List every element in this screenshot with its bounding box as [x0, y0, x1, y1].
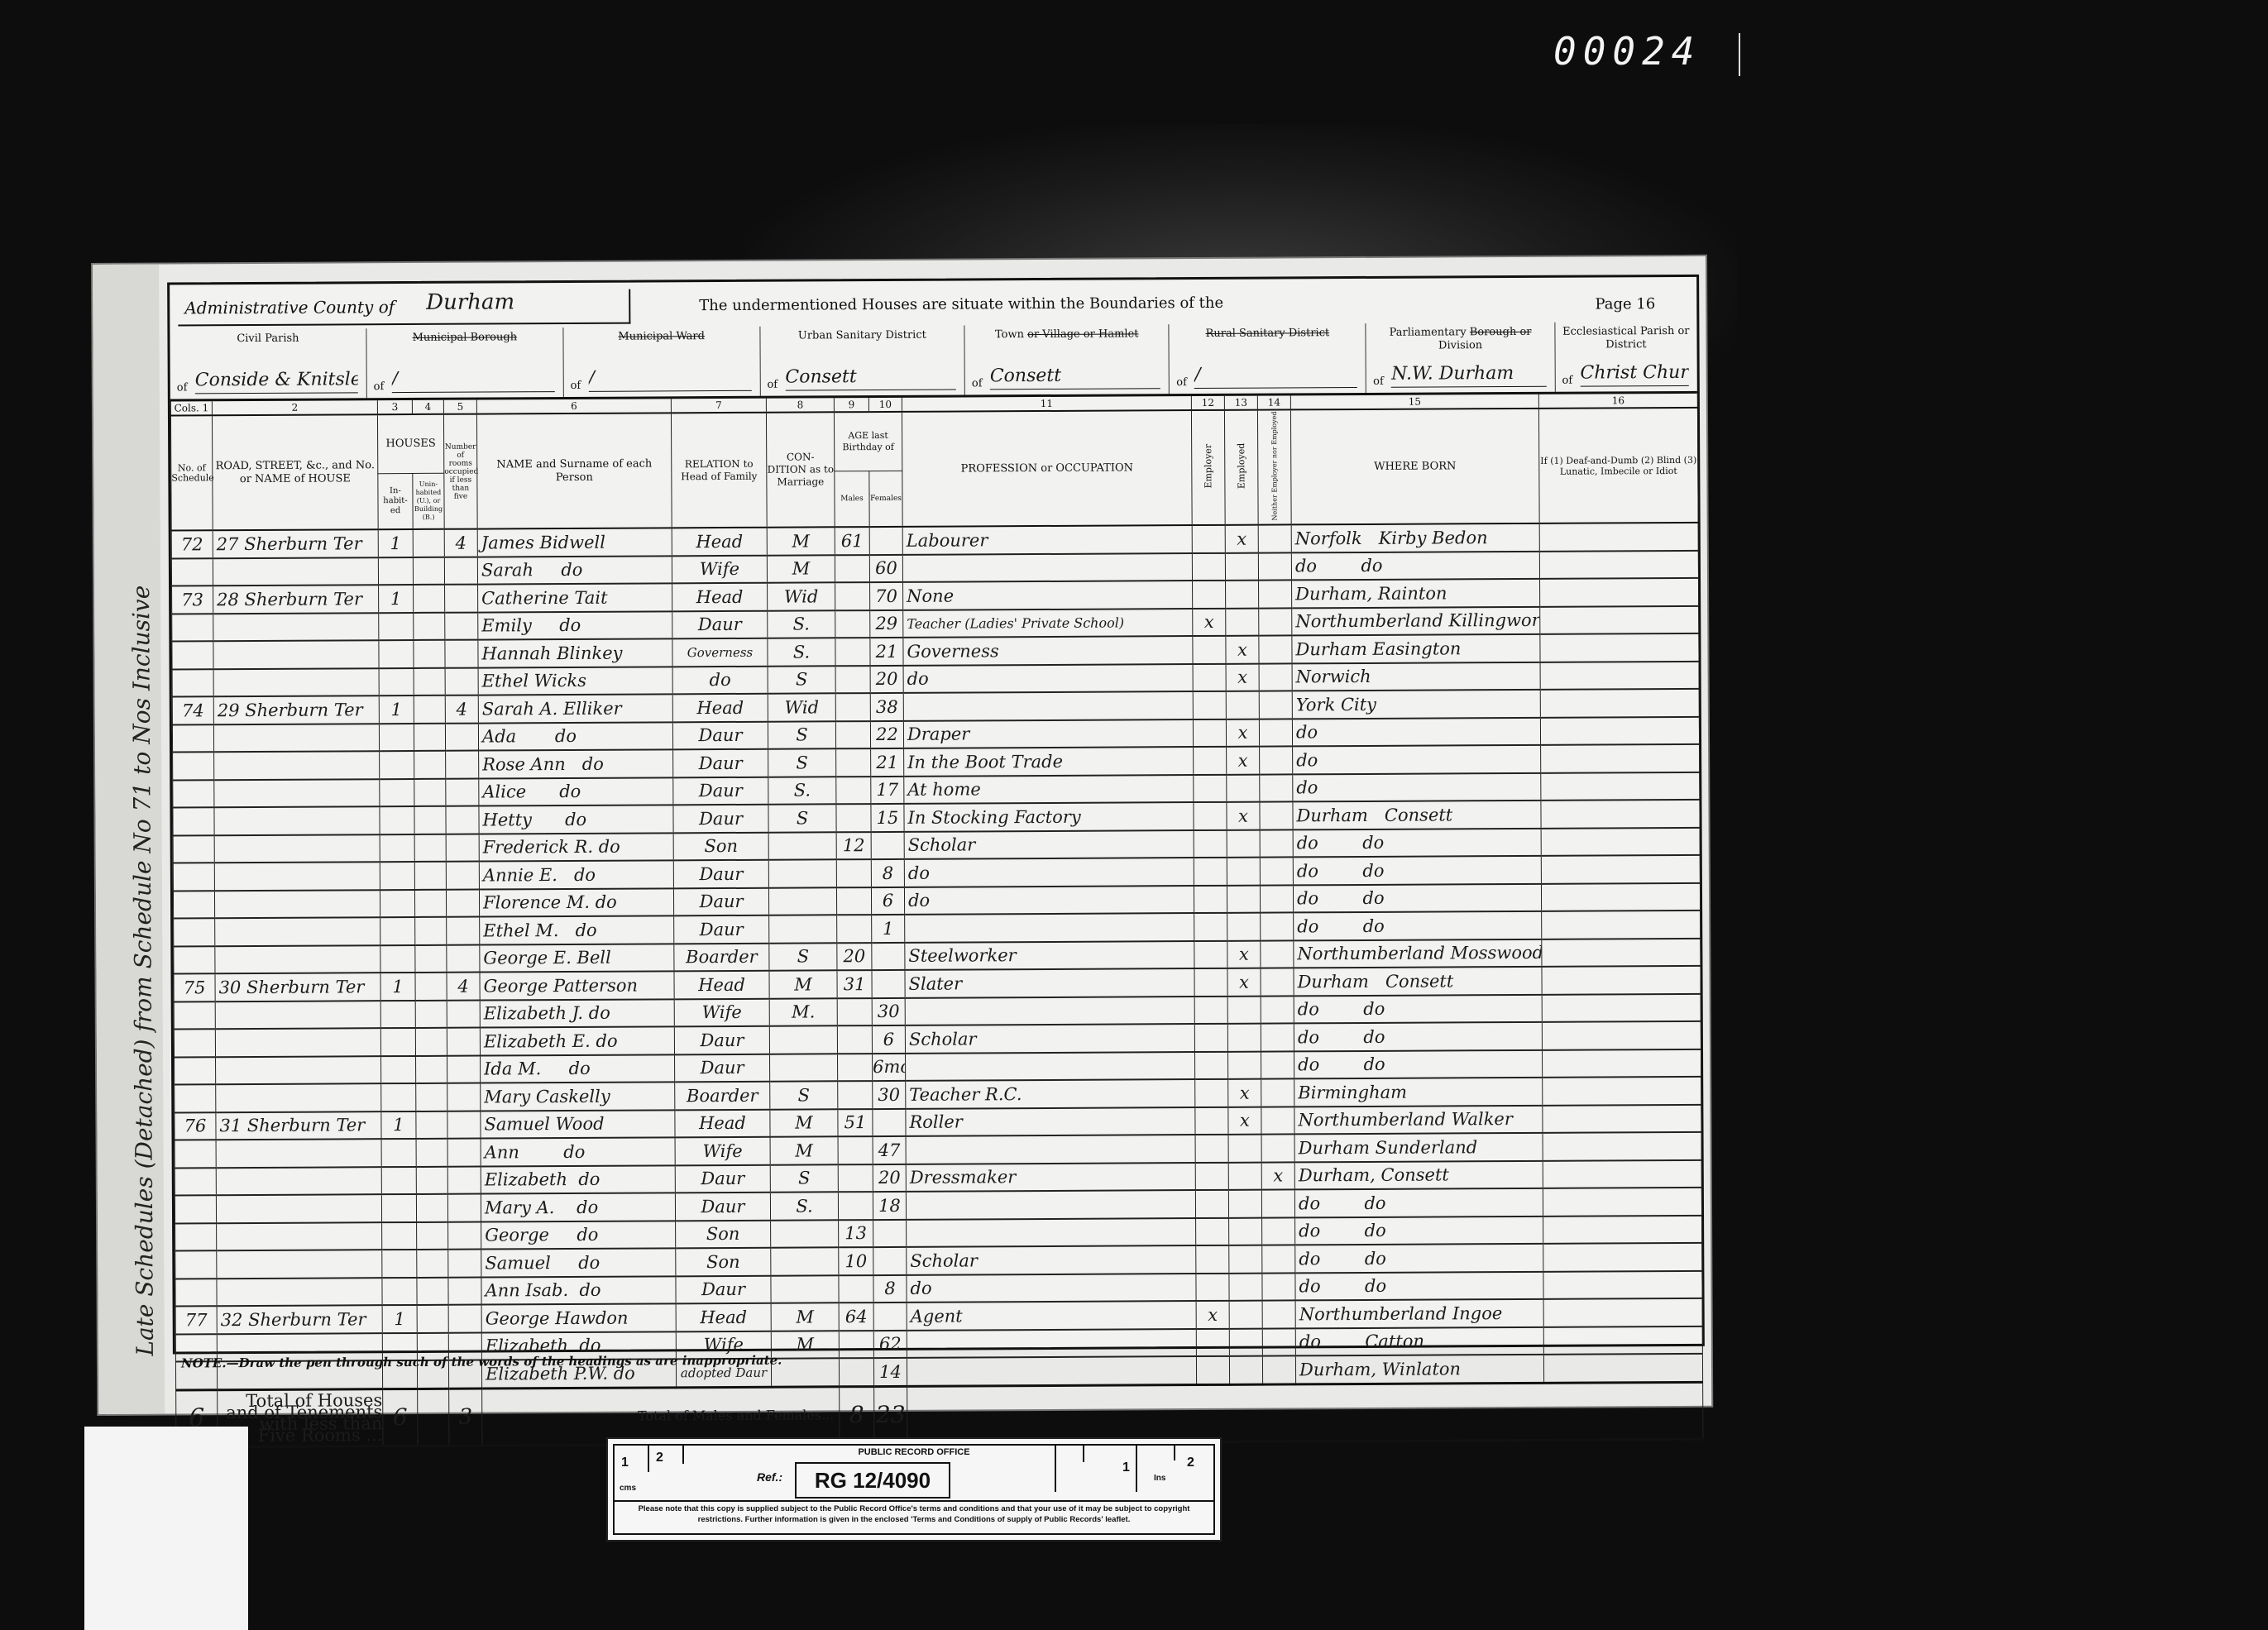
cell-uninhabited [414, 834, 446, 862]
cell-occupation: Teacher R.C. [906, 1079, 1195, 1108]
cell-schedule [173, 863, 214, 891]
cell-male-age [835, 582, 870, 610]
cell-male-age [839, 1358, 873, 1386]
column-header-row: No. of Schedule ROAD, STREET, &c., and N… [170, 408, 1697, 475]
cell-address [215, 945, 380, 974]
cell-born: do Catton [1295, 1326, 1543, 1355]
cell-male-age: 61 [835, 527, 869, 555]
cell-employed: x [1227, 802, 1260, 830]
cell-uninhabited [415, 1028, 447, 1056]
cell-uninhabited [414, 862, 446, 890]
cell-relation: Head [672, 528, 767, 556]
cell-address [213, 640, 379, 669]
cell-female-age: 29 [870, 609, 903, 638]
cell-employed: x [1227, 747, 1260, 775]
cell-relation: Wife [672, 555, 767, 583]
cell-employer [1193, 636, 1226, 664]
cell-born: do do [1294, 1049, 1542, 1078]
cell-born: Northumberland Ingoe [1295, 1299, 1543, 1328]
cell-name: Elizabeth J. do [480, 999, 674, 1028]
cell-neither [1259, 663, 1292, 691]
cell-employer: x [1193, 608, 1226, 636]
boundary-label: Ecclesiastical Parish or District [1555, 325, 1696, 352]
cell-female-age [873, 1108, 906, 1136]
cell-rooms [447, 1194, 481, 1222]
boundary-0: Civil ParishofConside & Knitsley [170, 328, 366, 399]
cell-address [216, 1167, 381, 1196]
cell-condition: S. [770, 1192, 838, 1220]
cell-employer [1195, 1107, 1228, 1135]
cell-inhabited [381, 1194, 416, 1222]
cell-rooms [445, 640, 478, 668]
cell-name: Rose Ann do [479, 749, 673, 778]
cell-neither [1261, 1189, 1294, 1217]
boundary-1: Municipal Boroughof/ [366, 327, 563, 398]
cell-condition [769, 1025, 837, 1054]
cell-male-age [838, 1081, 873, 1109]
cell-condition: S [769, 943, 837, 971]
cell-infirmity [1542, 911, 1701, 939]
cell-infirmity [1541, 800, 1700, 829]
header-occupation: PROFESSION or OCCUPATION [902, 410, 1192, 527]
cell-female-age [873, 1303, 907, 1331]
boundary-4: Town or Village or HamletofConsett [964, 324, 1170, 394]
cell-neither [1261, 912, 1294, 940]
cell-occupation: do [904, 858, 1194, 887]
cell-rooms [447, 1028, 480, 1056]
column-number: 8 [766, 398, 834, 412]
cell-inhabited [380, 1028, 415, 1056]
cell-male-age: 51 [838, 1109, 873, 1137]
cell-employer [1192, 525, 1225, 553]
cell-address [216, 1056, 381, 1085]
boundary-label: Civil Parish [170, 332, 366, 346]
cell-infirmity [1542, 1049, 1701, 1078]
boundary-value: Consett [785, 365, 956, 391]
cell-address [214, 862, 380, 891]
cell-neither [1258, 524, 1291, 552]
cell-schedule [172, 641, 213, 669]
cell-relation: Daur [675, 1193, 770, 1221]
cell-employer [1193, 581, 1226, 609]
cell-rooms [447, 1111, 481, 1139]
cell-condition [771, 1220, 839, 1248]
cell-inhabited [380, 944, 415, 973]
cell-name: Florence M. do [479, 888, 673, 917]
cell-infirmity [1542, 1021, 1701, 1050]
census-table: Cols. 12345678910111213141516 No. of Sch… [170, 394, 1704, 1448]
cell-infirmity [1543, 1159, 1701, 1188]
cell-condition [771, 1247, 839, 1275]
cell-occupation: Governess [903, 636, 1193, 665]
cell-schedule [171, 558, 213, 586]
cell-name: Hannah Blinkey [478, 638, 672, 667]
cell-uninhabited [415, 1000, 447, 1028]
header-houses: HOUSES [377, 414, 443, 474]
cell-employed [1226, 691, 1259, 719]
cell-schedule: 74 [172, 696, 213, 724]
cell-condition: S [768, 666, 835, 694]
cell-relation: Daur [674, 915, 769, 944]
cell-employed: x [1226, 636, 1259, 664]
cell-rooms [447, 1166, 481, 1194]
cell-inhabited [379, 667, 414, 695]
cell-address [216, 1139, 381, 1168]
cell-occupation [907, 1218, 1196, 1247]
cell-male-age [838, 1164, 873, 1193]
cell-born: do do [1293, 883, 1541, 912]
cell-relation: do [672, 666, 768, 694]
cell-schedule [175, 1140, 216, 1168]
cell-condition: S [768, 748, 836, 777]
scale-tick [1083, 1446, 1084, 1462]
cell-infirmity [1540, 661, 1699, 690]
boundary-value: Conside & Knitsley [195, 367, 358, 394]
cell-female-age [872, 970, 905, 998]
cell-relation: Daur [673, 749, 768, 777]
boundary-value: Christ Church Consett [1580, 361, 1688, 387]
boundary-6: Parliamentary Borough orDivisionofN.W. D… [1366, 323, 1556, 393]
cell-employed [1227, 885, 1260, 913]
cell-uninhabited [415, 944, 447, 973]
record-office-label: PUBLIC RECORD OFFICE 1 2 cms Ref.: RG 12… [606, 1437, 1222, 1542]
cell-relation: Daur [675, 1054, 770, 1082]
cell-schedule [172, 669, 213, 697]
cell-schedule [175, 1195, 216, 1223]
cell-neither [1259, 719, 1292, 747]
cell-female-age: 62 [873, 1330, 907, 1358]
blank-card [84, 1427, 248, 1630]
cell-infirmity [1541, 882, 1700, 911]
cell-born: do do [1293, 828, 1541, 857]
cell-uninhabited [416, 1055, 447, 1083]
cell-inhabited [379, 612, 414, 640]
cell-uninhabited [414, 751, 446, 779]
cell-occupation: Roller [906, 1107, 1195, 1136]
cell-employed: x [1225, 525, 1258, 553]
cell-female-age [872, 942, 905, 970]
column-number: 15 [1290, 394, 1538, 410]
cell-uninhabited [416, 1194, 447, 1222]
cell-relation: Son [673, 832, 768, 860]
cell-inhabited [378, 557, 413, 585]
cell-occupation: Slater [905, 968, 1194, 997]
cell-male-age [835, 555, 869, 583]
cell-neither [1261, 1107, 1294, 1135]
cell-occupation [906, 1135, 1195, 1164]
cell-employer [1193, 663, 1226, 691]
cell-rooms [447, 1139, 481, 1167]
cell-female-age: 47 [873, 1136, 906, 1164]
cell-relation: Daur [673, 777, 768, 805]
cell-address [214, 834, 380, 863]
cell-occupation: Scholar [904, 830, 1194, 859]
cell-female-age [871, 831, 904, 859]
boundary-value: / [392, 366, 555, 393]
cell-born: do do [1293, 856, 1541, 885]
cell-uninhabited [415, 973, 447, 1001]
header-neither: Neither Employer nor Employed [1269, 412, 1280, 521]
cell-address [214, 751, 380, 780]
cell-schedule [175, 1250, 217, 1279]
cell-employed: x [1227, 940, 1261, 968]
cell-occupation: Labourer [902, 525, 1192, 554]
cell-schedule [173, 752, 214, 780]
cell-infirmity [1540, 633, 1699, 662]
cell-neither [1261, 1051, 1294, 1079]
cell-infirmity [1542, 966, 1701, 995]
cell-rooms [445, 723, 478, 751]
cell-name: Alice do [479, 777, 673, 806]
cell-rooms [446, 862, 479, 890]
column-number: 4 [412, 400, 443, 414]
header-rooms: Number of rooms occupied if less than fi… [443, 414, 477, 529]
cell-infirmity [1540, 578, 1699, 607]
cell-employed [1227, 996, 1261, 1024]
cell-male-age [835, 721, 870, 749]
cell-condition: Wid [768, 582, 835, 610]
cell-infirmity [1543, 1326, 1702, 1355]
cell-rooms [445, 667, 478, 695]
cell-condition: M [769, 970, 837, 998]
cell-male-age: 12 [836, 832, 871, 860]
cell-employed [1227, 829, 1260, 858]
cell-relation: Daur [674, 1026, 769, 1054]
cell-neither [1259, 580, 1292, 608]
boundary-label: Rural Sanitary District [1170, 327, 1366, 341]
cell-schedule: 75 [174, 973, 215, 1001]
cell-infirmity [1543, 1354, 1702, 1383]
cell-employed: x [1226, 719, 1259, 747]
cell-employed [1228, 1162, 1261, 1190]
cell-uninhabited [414, 778, 446, 806]
cell-name: Ann Isab. do [481, 1276, 676, 1305]
cell-born: Norfolk Kirby Bedon [1291, 523, 1539, 552]
cell-employer [1196, 1273, 1229, 1301]
cell-born: do do [1295, 1244, 1543, 1273]
cell-rooms: 4 [444, 529, 477, 557]
of-label: of [972, 377, 983, 390]
cell-uninhabited [414, 667, 445, 695]
cell-female-age: 6 [871, 887, 904, 915]
cell-occupation: do [907, 1274, 1196, 1303]
cell-rooms [446, 806, 479, 834]
cell-occupation: Scholar [907, 1245, 1196, 1274]
cell-name: Ada do [478, 722, 672, 751]
cell-rooms [447, 1055, 481, 1083]
cell-female-age: 17 [871, 776, 904, 804]
total-rooms: 3 [449, 1389, 482, 1446]
cell-inhabited [380, 834, 414, 862]
cell-female-age: 70 [870, 582, 903, 610]
cell-inhabited [381, 1055, 416, 1083]
cell-address [214, 890, 380, 919]
cell-uninhabited [414, 695, 445, 724]
cell-employed [1227, 858, 1260, 886]
cell-infirmity [1543, 1104, 1701, 1133]
cell-infirmity [1543, 1215, 1702, 1244]
cell-schedule: 77 [175, 1306, 217, 1334]
cell-name: Frederick R. do [479, 833, 673, 862]
cell-address: 29 Sherburn Ter [213, 695, 379, 724]
census-rows: 7227 Sherburn Ter14James BidwellHeadM61L… [171, 523, 1702, 1390]
boundaries-row: Civil ParishofConside & KnitsleyMunicipa… [170, 322, 1696, 402]
cell-uninhabited [416, 1166, 447, 1194]
cell-occupation: Draper [903, 719, 1193, 748]
cell-neither [1262, 1217, 1295, 1245]
header-condition: CON-DITION as to Marriage [766, 412, 835, 527]
cell-born: Birmingham [1294, 1078, 1543, 1107]
cell-employer [1194, 996, 1227, 1024]
cell-occupation: Steelworker [905, 941, 1194, 970]
cell-born: do do [1295, 1271, 1543, 1300]
cell-uninhabited [417, 1305, 448, 1333]
cell-inhabited [381, 1166, 416, 1194]
cell-neither [1262, 1300, 1295, 1328]
county-value: Durham [426, 289, 514, 315]
cell-uninhabited [414, 806, 446, 834]
cell-address [213, 557, 378, 586]
cell-condition: M [770, 1136, 838, 1164]
cell-born: Durham Consett [1294, 967, 1542, 996]
cell-neither [1262, 1245, 1295, 1273]
cell-occupation [906, 1190, 1195, 1219]
cell-relation: Governess [672, 638, 768, 667]
cell-employed: x [1228, 1079, 1261, 1107]
cell-employer [1195, 1162, 1228, 1190]
cell-uninhabited [417, 1250, 448, 1278]
cell-employed [1229, 1217, 1262, 1245]
margin-note: Late Schedules (Detached) from Schedule … [127, 586, 159, 1356]
boundary-label: Parliamentary Borough orDivision [1366, 326, 1555, 353]
cell-inhabited [381, 1083, 416, 1111]
boundary-label: Urban Sanitary District [760, 328, 964, 342]
cell-employer [1195, 1051, 1228, 1079]
cell-inhabited: 1 [379, 695, 414, 724]
cell-born: do do [1291, 551, 1539, 580]
cell-employed [1227, 913, 1261, 941]
record-office-name: PUBLIC RECORD OFFICE [615, 1447, 1213, 1457]
cell-male-age [837, 998, 872, 1026]
cell-occupation [906, 1052, 1195, 1081]
total-females: 23 [874, 1386, 907, 1443]
scale-cm-unit: cms [620, 1484, 636, 1493]
cell-occupation [907, 1356, 1196, 1386]
scale-cm-1: 1 [621, 1456, 629, 1470]
cell-uninhabited [416, 1083, 447, 1111]
cell-inhabited [380, 751, 414, 779]
cell-uninhabited [413, 529, 444, 557]
cell-condition: S [768, 804, 836, 832]
cell-name: Ethel Wicks [478, 667, 672, 695]
cell-relation: Daur [673, 805, 768, 833]
cell-name: James Bidwell [477, 528, 672, 557]
cell-female-age: 21 [870, 638, 903, 666]
cell-name: Catherine Tait [478, 583, 672, 612]
cell-condition: M. [769, 998, 837, 1026]
cell-born: do [1292, 717, 1540, 746]
cell-address [213, 613, 379, 642]
cell-female-age: 6mo [873, 1053, 906, 1081]
cell-name: Elizabeth E. do [480, 1026, 674, 1055]
cell-relation: Daur [672, 610, 768, 638]
cell-schedule: 72 [171, 530, 213, 558]
boundary-2: Municipal Wardof/ [563, 327, 760, 397]
cell-neither [1261, 1023, 1294, 1051]
cell-relation: Head [675, 1109, 770, 1137]
cell-condition [771, 1275, 839, 1303]
cell-employed [1229, 1328, 1262, 1356]
cell-female-age: 30 [872, 997, 905, 1025]
header-schedule: No. of Schedule [170, 415, 213, 530]
cell-employer [1196, 1356, 1229, 1384]
cell-rooms [448, 1277, 481, 1305]
cell-relation: Wife [675, 1137, 770, 1165]
cell-schedule [174, 946, 215, 974]
boundary-value: Consett [990, 363, 1161, 390]
cell-female-age: 18 [873, 1192, 906, 1220]
cell-condition: S. [768, 610, 835, 638]
cell-relation: Daur [673, 887, 768, 915]
header-employer: Employer [1203, 444, 1213, 489]
cell-employer [1194, 747, 1227, 775]
cell-neither [1261, 996, 1294, 1024]
cell-infirmity [1542, 993, 1701, 1022]
column-number: 10 [868, 398, 902, 412]
cell-employer [1196, 1328, 1229, 1356]
header-females: Females [869, 471, 902, 527]
cell-condition [768, 887, 836, 915]
cell-name: George E. Bell [480, 944, 674, 973]
total-persons-label: Total of Males and Females... [482, 1386, 840, 1445]
cell-infirmity [1539, 523, 1698, 552]
cell-born: do do [1295, 1216, 1543, 1245]
column-number: 11 [902, 396, 1191, 412]
cell-relation: Boarder [674, 943, 769, 971]
cell-schedule: 73 [172, 586, 213, 614]
cell-uninhabited [414, 723, 445, 751]
header-where-born: WHERE BORN [1290, 409, 1539, 525]
cell-employer [1192, 552, 1225, 581]
cell-male-age [835, 638, 870, 666]
cell-employer [1196, 1245, 1229, 1274]
scale-in-2: 2 [1187, 1456, 1194, 1470]
cell-neither [1260, 774, 1293, 802]
of-label: of [1562, 375, 1572, 387]
cell-male-age: 64 [839, 1303, 873, 1331]
cell-neither [1261, 968, 1294, 996]
cell-inhabited [380, 862, 414, 890]
cell-condition: M [771, 1303, 839, 1331]
cell-neither [1259, 608, 1292, 636]
header-age: AGE last Birthday of [834, 412, 902, 471]
cell-born: Norwich [1292, 662, 1540, 691]
cell-uninhabited [414, 612, 445, 640]
cell-employer [1195, 1135, 1228, 1163]
cell-female-age [873, 1247, 907, 1275]
cell-employer [1194, 802, 1227, 830]
cell-rooms [446, 834, 479, 862]
cell-schedule [175, 1084, 216, 1112]
cell-occupation [907, 1329, 1196, 1358]
cell-uninhabited [415, 917, 447, 945]
cell-female-age: 38 [870, 693, 903, 721]
of-label: of [571, 380, 581, 392]
cell-schedule [175, 1057, 216, 1085]
cell-name: Sarah A. Elliker [478, 694, 672, 723]
cell-rooms [444, 557, 477, 585]
cell-uninhabited [417, 1277, 448, 1305]
